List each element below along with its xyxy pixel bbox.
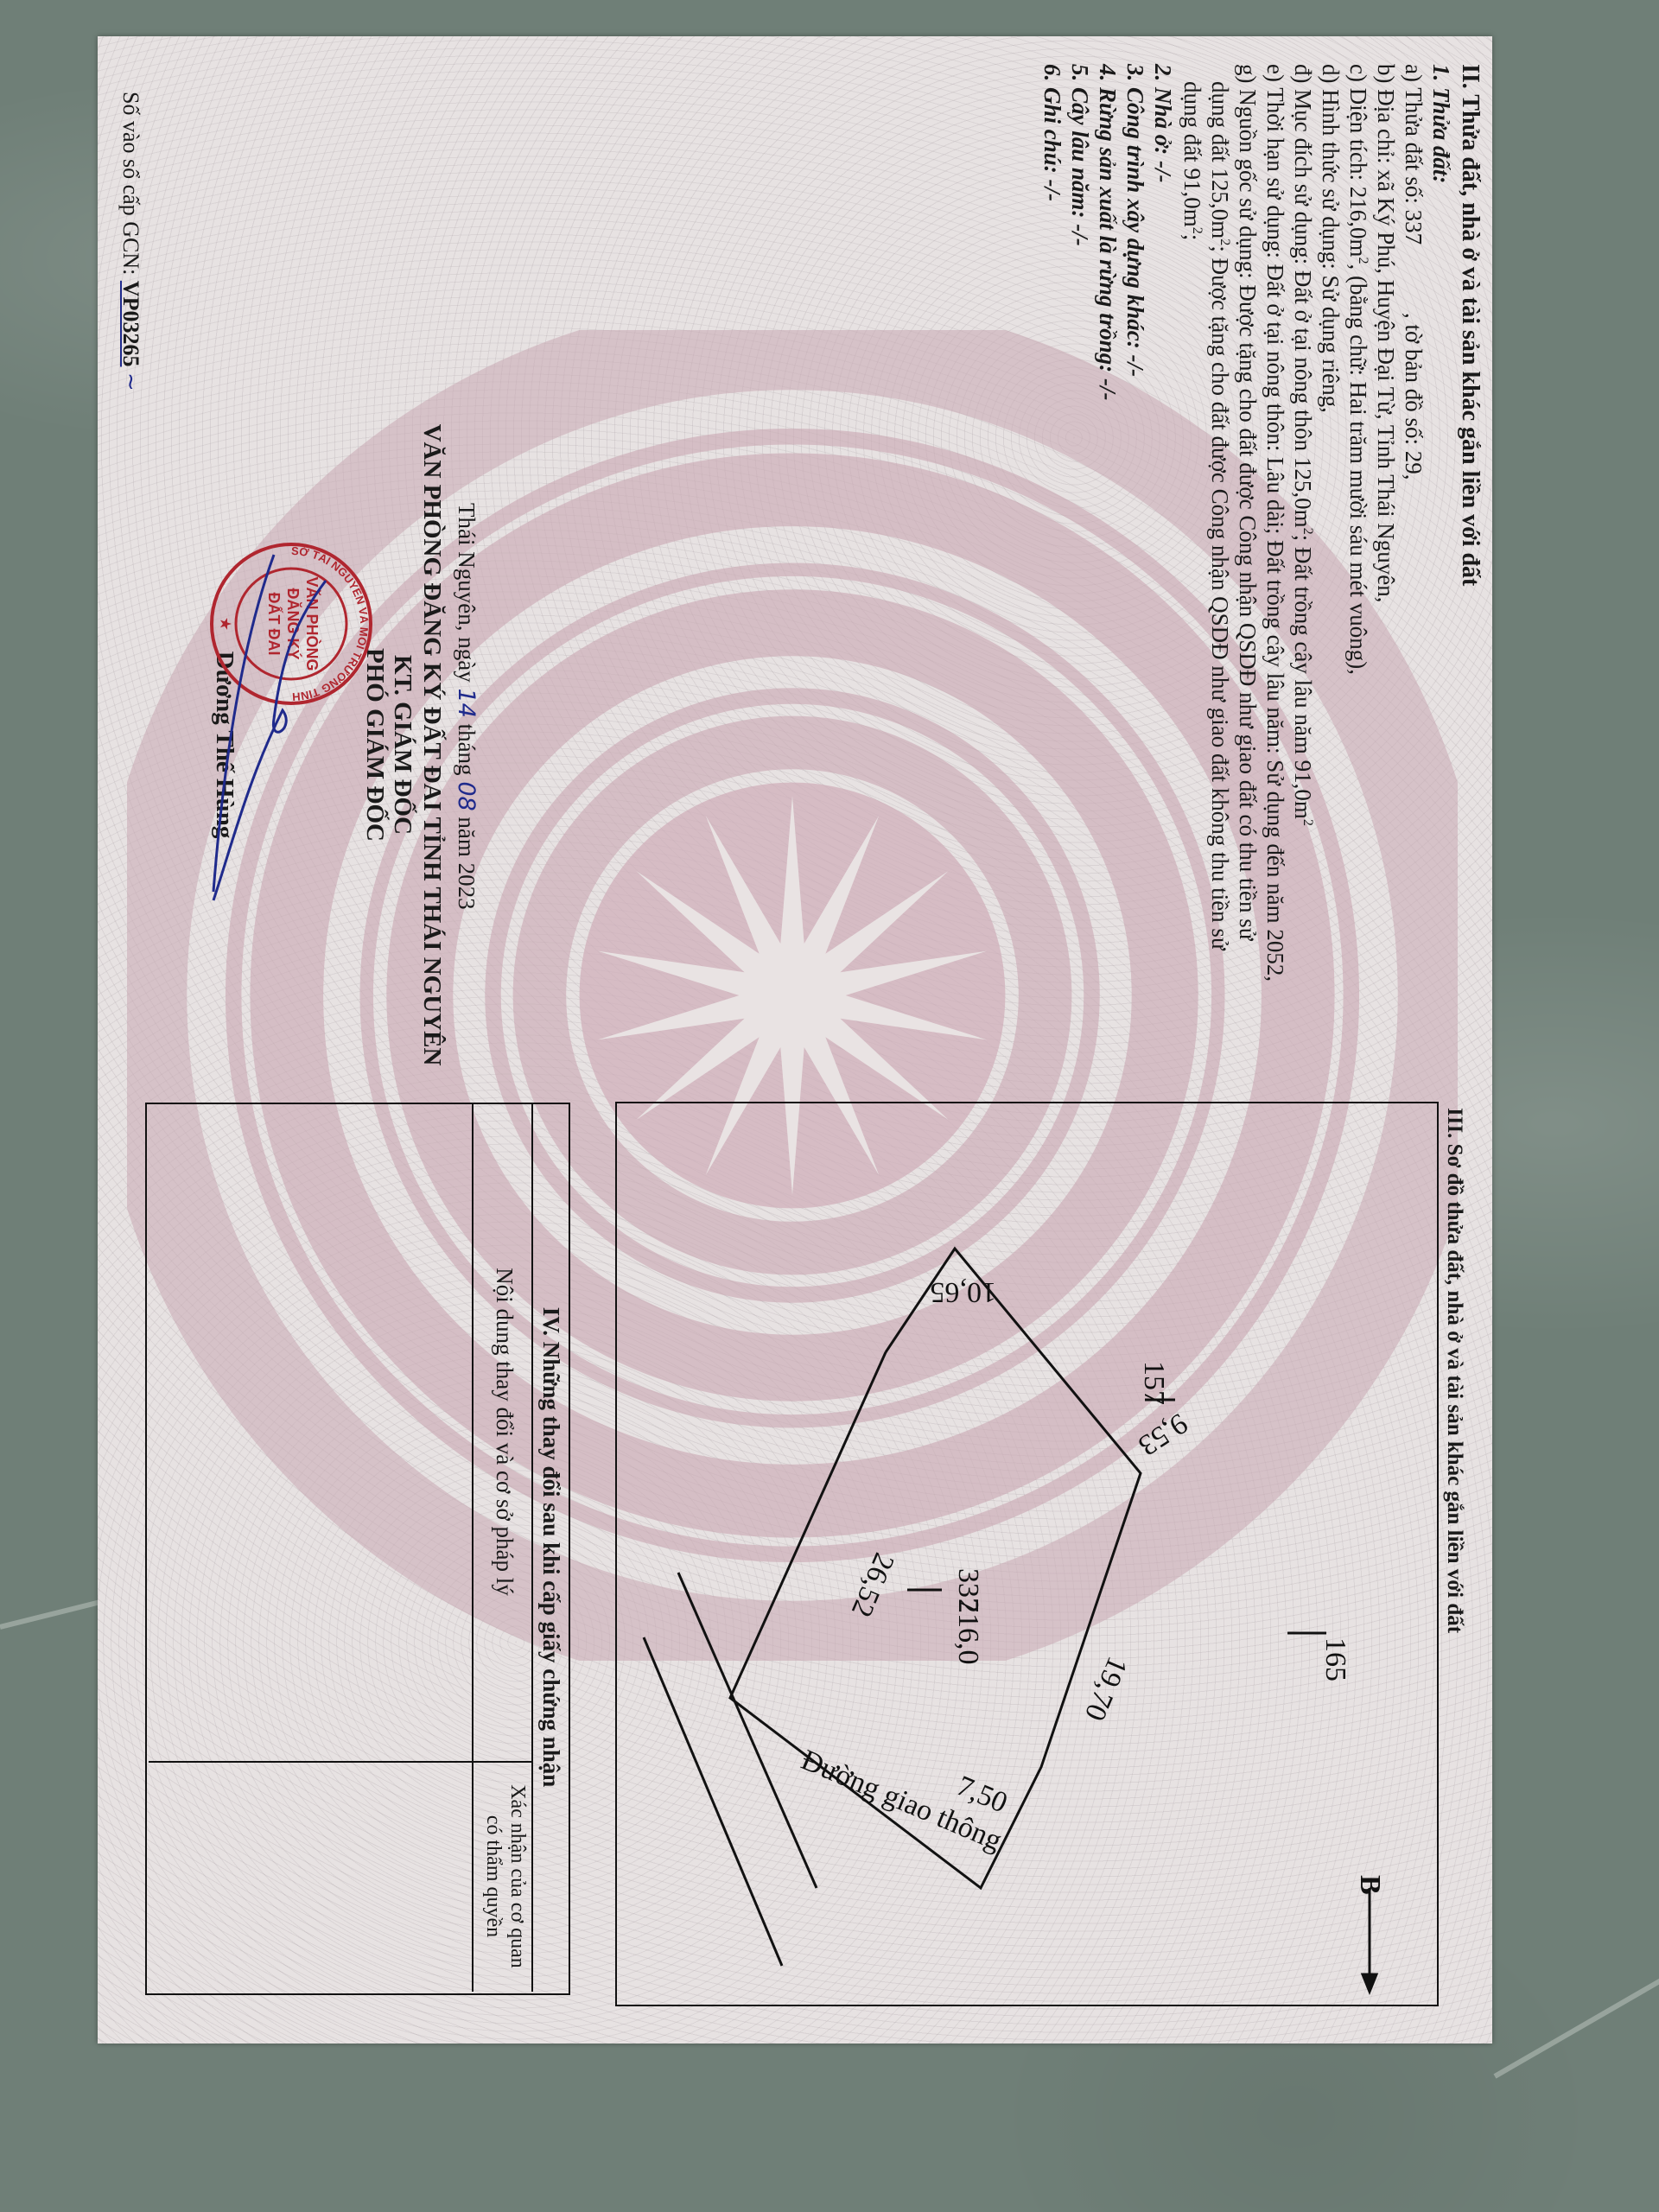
house-item: 2. Nhà ở: -/- <box>1149 64 1176 182</box>
issue-date: Thái Nguyên, ngày 14 tháng 08 năm 2023 <box>453 503 480 910</box>
origin2-prefix: dụng đất 125,0m <box>1207 81 1233 238</box>
issuing-office: VĂN PHÒNG ĐĂNG KÝ ĐẤT ĐAI TỈNH THÁI NGUY… <box>418 408 445 1082</box>
parcel-diagram: 10,65 9,53 19,70 7,50 26,52 337 216,0 16… <box>619 1102 1439 2003</box>
forest-item: 4. Rừng sản xuất là rừng trồng: -/- <box>1094 64 1121 400</box>
changes-confirm-header: Xác nhận của cơ quan có thẩm quyền <box>481 1761 530 1992</box>
official-stamp-icon: SỞ TÀI NGUYÊN VÀ MÔI TRƯỜNG TỈNH THÁI NG… <box>205 520 378 918</box>
area-sup: 2 <box>1356 257 1371 264</box>
date-month-label: tháng <box>454 724 480 776</box>
north-label: B <box>1354 1875 1386 1895</box>
confirm-line-2: có thẩm quyền <box>481 1761 505 1992</box>
neighbor-right-label: 157 <box>1138 1361 1170 1405</box>
date-prefix: Thái Nguyên, ngày <box>454 503 480 683</box>
section-4-heading: IV. Những thay đổi sau khi cấp giấy chứn… <box>537 1103 564 1992</box>
origin3-prefix: dụng đất 91,0m <box>1179 81 1205 227</box>
date-month: 08 <box>453 781 480 810</box>
parcel-area: c) Diện tích: 216,0m2, (bằng chữ: Hai tr… <box>1344 64 1371 675</box>
parcel-area-label: 216,0 <box>952 1599 984 1665</box>
svg-text:★: ★ <box>217 617 234 631</box>
register-label: Số vào sổ cấp GCN: <box>118 92 143 275</box>
purpose-sup: 2 <box>1300 528 1316 535</box>
neighbor-left-label: 165 <box>1319 1637 1351 1681</box>
register-initials: ∼ <box>118 372 143 391</box>
changes-column-divider <box>149 1761 533 1763</box>
parcel-number: a) Thửa đất số: 337 <box>1400 64 1427 245</box>
perennial-item: 5. Cây lâu năm: -/- <box>1066 64 1093 246</box>
changes-header-divider <box>531 1103 533 1992</box>
section-2-heading: II. Thửa đất, nhà ở và tài sản khác gắn … <box>1457 64 1484 586</box>
parcel-address: b) Địa chỉ: xã Ký Phú, Huyện Đại Từ, Tỉn… <box>1372 64 1399 603</box>
construction-item: 3. Công trình xây dựng khác: -/- <box>1122 64 1148 377</box>
area-prefix: c) Diện tích: 216,0m <box>1345 64 1371 257</box>
register-number: Số vào sổ cấp GCN: VP03265 ∼ <box>117 92 144 391</box>
usage-origin-1: g) Nguồn gốc sử dụng: Được tặng cho đất … <box>1234 64 1261 940</box>
notes-item: 6. Ghi chú: -/- <box>1039 64 1065 201</box>
changes-content-header: Nội dung thay đổi và cơ sở pháp lý <box>491 1103 518 1761</box>
date-day: 14 <box>453 688 480 717</box>
edge-right-label: 19,70 <box>1078 1652 1134 1726</box>
confirm-line-1: Xác nhận của cơ quan <box>505 1761 530 1992</box>
edge-top-label: 10,65 <box>931 1276 997 1308</box>
land-certificate-sheet: II. Thửa đất, nhà ở và tài sản khác gắn … <box>98 36 1492 2044</box>
section-3-heading: III. Sơ đồ thửa đất, nhà ở và tài sản kh… <box>1441 1108 1468 1633</box>
usage-duration: e) Thời hạn sử dụng: Đất ở tại nông thôn… <box>1262 64 1288 982</box>
origin2-suffix: ; Được tặng cho đất được Công nhận QSDĐ … <box>1207 245 1233 950</box>
changes-column-header-divider <box>472 1103 474 1992</box>
purpose-suffix: ; Đất trồng cây lâu năm 91,0m <box>1290 535 1316 819</box>
usage-origin-2: dụng đất 125,0m2; Được tặng cho đất được… <box>1206 81 1233 950</box>
svg-text:ĐẤT ĐAI: ĐẤT ĐAI <box>265 593 283 656</box>
purpose-sup-2: 2 <box>1300 819 1316 826</box>
register-value: VP03265 <box>118 281 143 367</box>
purpose-prefix: đ) Mục đích sử dụng: Đất ở tại nông thôn… <box>1290 64 1316 528</box>
usage-purpose: đ) Mục đích sử dụng: Đất ở tại nông thôn… <box>1289 64 1316 826</box>
usage-form: d) Hình thức sử dụng: Sử dụng riêng, <box>1317 64 1344 413</box>
edge-left-label: 26,52 <box>845 1548 900 1622</box>
map-sheet-number: , tờ bản đồ số: 29, <box>1400 313 1427 480</box>
date-year: năm 2023 <box>454 817 480 909</box>
edge-upper-right-label: 9,53 <box>1133 1407 1193 1461</box>
parcel-subheading: 1. Thửa đất: <box>1427 64 1454 183</box>
kt-director: KT. GIÁM ĐỐC <box>389 408 416 1082</box>
floor-seam <box>1494 1858 1659 2078</box>
origin3-sup: 2 <box>1190 227 1205 234</box>
origin3-suffix: ; <box>1179 234 1205 241</box>
area-suffix: , (bằng chữ: Hai trăm mười sáu mét vuông… <box>1345 264 1371 675</box>
usage-origin-3: dụng đất 91,0m2; <box>1179 81 1205 240</box>
